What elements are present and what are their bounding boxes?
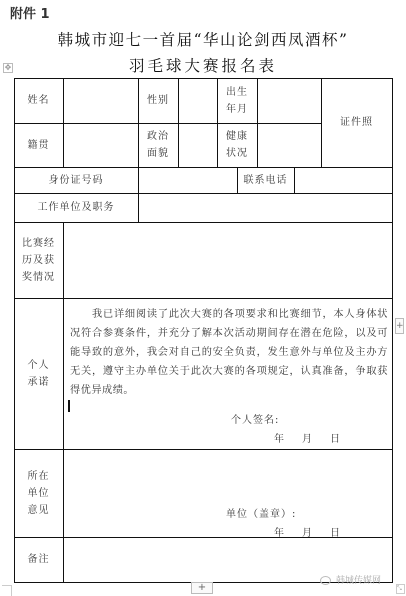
native-place-label: 籍贯 [14,123,63,167]
add-column-button[interactable]: + [395,318,404,334]
phone-label: 联系电话 [237,167,294,193]
row-divider [14,298,393,299]
id-number-field[interactable] [139,168,237,193]
page-corner-mark [2,585,12,596]
pledge-date: 年 月 日 [274,430,344,445]
attachment-label: 附件 1 [10,3,50,22]
birth-date-label: 出生 年月 [217,78,257,123]
gender-label: 性别 [138,78,178,123]
table-move-handle-icon[interactable]: ✥ [3,63,13,73]
political-status-label: 政治 面貌 [138,123,178,167]
work-unit-label: 工作单位及职务 [14,193,138,222]
pledge-text[interactable]: 我已详细阅读了此次大赛的各项要求和比赛细节，本人身体状况符合参赛条件，并充分了解… [70,305,388,400]
name-field[interactable] [64,79,138,123]
phone-field[interactable] [295,168,392,193]
name-label: 姓名 [14,78,63,123]
work-unit-field[interactable] [139,194,392,222]
health-status-field[interactable] [258,124,321,167]
health-status-label: 健康 状况 [217,123,257,167]
unit-opinion-field[interactable] [64,450,392,510]
table-border-right [392,78,393,583]
table-resize-handle-icon[interactable]: ⤡ [396,584,405,594]
watermark: 韩城传媒网 [320,573,381,586]
watermark-text: 韩城传媒网 [336,576,381,586]
unit-date: 年 月 日 [274,524,344,539]
native-place-field[interactable] [64,124,138,167]
experience-label: 比赛经 历及获 奖情况 [14,222,63,298]
remarks-label: 备注 [14,537,63,582]
unit-seal-label: 单位（盖章）: [226,505,296,520]
document-title: 韩城市迎七一首届“华山论剑西凤酒杯” [0,28,406,50]
wechat-icon [320,576,331,585]
id-number-label: 身份证号码 [14,167,138,193]
political-status-field[interactable] [179,124,217,167]
birth-date-field[interactable] [258,79,321,123]
experience-field[interactable] [64,223,392,298]
signature-label: 个人签名: [231,411,279,426]
unit-opinion-label: 所在 单位 意见 [14,449,63,537]
add-row-button[interactable]: + [191,582,213,594]
pledge-label: 个人 承诺 [14,298,63,449]
document-subtitle: 羽毛球大赛报名表 [0,54,406,76]
gender-field[interactable] [179,79,217,123]
text-cursor [68,400,70,412]
